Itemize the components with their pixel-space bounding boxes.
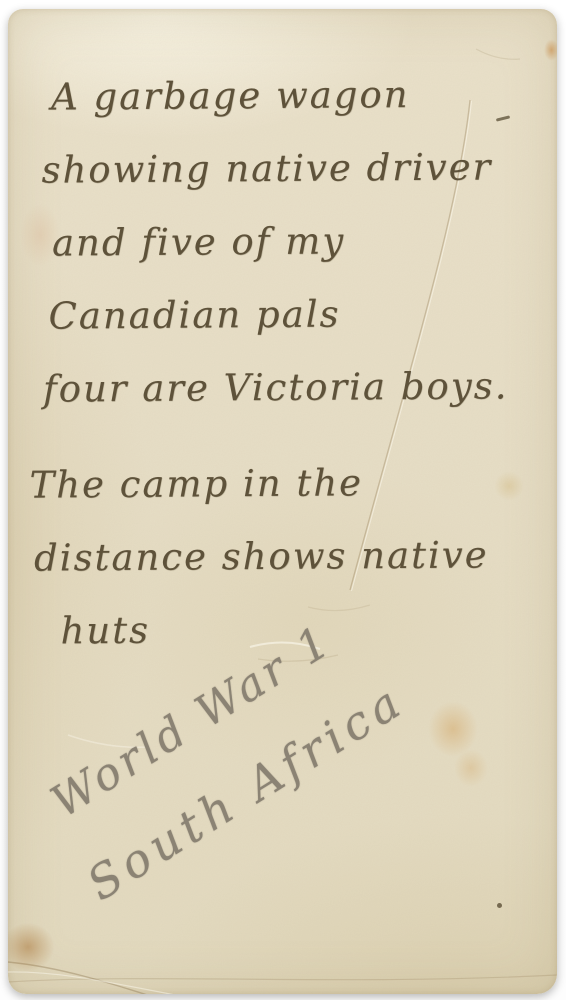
scan-background: A garbage wagon showing native driver an… (0, 0, 566, 1000)
note-line: distance shows native (34, 518, 489, 594)
note-line: showing native driver (41, 130, 507, 206)
note-line: four are Victoria boys. (43, 349, 509, 425)
note-line: and five of my (52, 203, 508, 279)
note-line: A garbage wagon (51, 57, 507, 133)
stain-bottom-left (8, 923, 54, 971)
stain-right-lower-small (454, 749, 488, 787)
note-line: Canadian pals (48, 276, 508, 352)
postcard-back: A garbage wagon showing native driver an… (8, 9, 557, 994)
dark-speck (497, 903, 502, 908)
handwritten-note-paragraph-1: A garbage wagon showing native driver an… (41, 57, 509, 425)
stain-mid-right (494, 471, 524, 501)
note-line: The camp in the (29, 445, 488, 521)
stain-right-lower (428, 701, 478, 757)
stain-top-right (544, 39, 557, 61)
handwritten-note-paragraph-2: The camp in the distance shows native hu… (29, 445, 489, 667)
